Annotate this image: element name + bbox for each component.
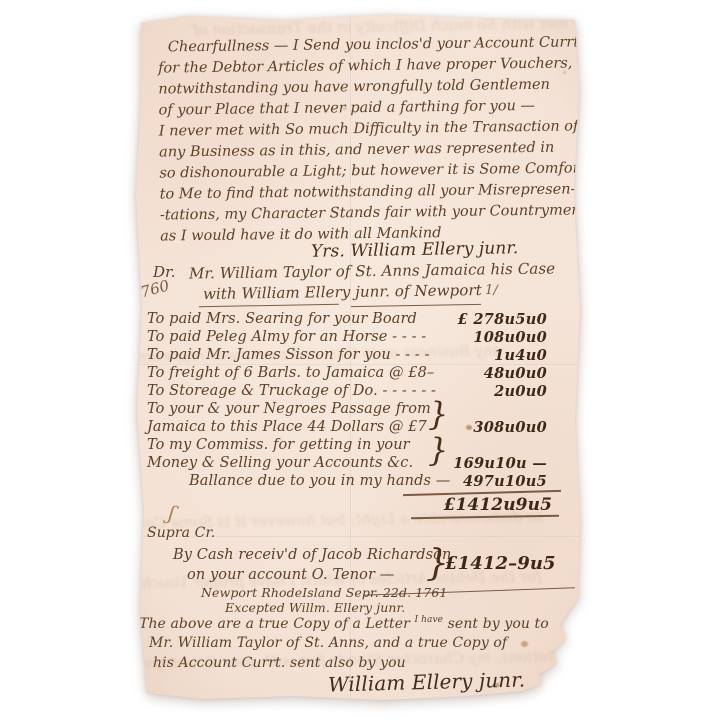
- foxing-spot: [521, 641, 528, 647]
- account-row: To paid Mr. James Sisson for you - - - -…: [147, 347, 571, 363]
- letter-signature: Yrs. William Ellery junr.: [311, 238, 519, 262]
- credit-heading: Supra Cr.: [147, 525, 215, 541]
- row-label: To Storeage & Truckage of Do. - - - - - …: [147, 383, 436, 399]
- row-label: Money & Selling your Accounts &c.: [147, 455, 413, 471]
- row-label: To my Commiss. for getting in your: [147, 437, 410, 453]
- credit-amount: £1412–9u5: [445, 553, 556, 574]
- row-amount: 108u0u0: [473, 329, 547, 346]
- row-label: Jamaica to this Place 44 Dollars @ £7: [147, 419, 427, 435]
- photo-background: I never met with So much Difficulty in t…: [0, 0, 720, 720]
- row-amount: 497u10u5: [463, 473, 547, 490]
- manuscript-paper-wrap: I never met with So much Difficulty in t…: [133, 11, 582, 708]
- account-header-line1: Mr. William Taylor of St. Anns Jamaica h…: [189, 259, 555, 282]
- place-date-line: Newport RhodeIsland Sepr. 22d. 1761: [201, 585, 447, 600]
- attestation-text: The above are a true Copy of a Letter: [139, 616, 415, 632]
- attestation-line1: The above are a true Copy of a Letter I …: [139, 615, 549, 632]
- inserted-word: I have: [415, 615, 444, 625]
- row-amount: 1u4u0: [494, 347, 547, 364]
- row-amount: 2u0u0: [494, 383, 547, 400]
- row-amount: £ 278u5u0: [458, 311, 547, 328]
- manuscript-paper: I never met with So much Difficulty in t…: [133, 11, 582, 708]
- grouping-brace: }: [428, 395, 448, 433]
- header-underline: [199, 304, 339, 307]
- row-label: To paid Peleg Almy for an Horse - - - -: [147, 329, 426, 345]
- letter-body: Chearfullness — I Send you inclos'd your…: [158, 32, 577, 247]
- header-folio-mark: 1/: [485, 283, 498, 298]
- credit-line1: By Cash receiv'd of Jacob Richardson: [173, 547, 451, 563]
- account-row: To Storeage & Truckage of Do. - - - - - …: [147, 383, 571, 399]
- account-row-balance: Ballance due to you in my hands — 497u10…: [147, 473, 571, 489]
- attestation-text: sent by you to: [443, 616, 549, 632]
- attestation-line3: his Account Currt. sent also by you: [153, 655, 406, 671]
- account-row: Money & Selling your Accounts &c. 169u10…: [147, 455, 571, 471]
- row-label: To your & your Negroes Passage from: [147, 401, 431, 417]
- final-signature: William Ellery junr.: [328, 667, 526, 696]
- account-header-line2: with William Ellery junr. of Newport: [203, 281, 482, 303]
- account-year: 1760: [129, 276, 171, 303]
- row-amount: 48u0u0: [484, 365, 547, 382]
- account-row: To paid Mrs. Searing for your Board £ 27…: [147, 311, 571, 327]
- account-row: To my Commiss. for getting in your: [147, 437, 571, 453]
- credit-line2: on your account O. Tenor —: [187, 567, 394, 583]
- account-row: To your & your Negroes Passage from: [147, 401, 571, 417]
- grouping-brace: }: [428, 431, 448, 469]
- attestation-line2: Mr. William Taylor of St. Anns, and a tr…: [149, 635, 507, 651]
- row-label: To freight of 6 Barls. to Jamaica @ £8–: [147, 365, 434, 381]
- account-row: To paid Peleg Almy for an Horse - - - - …: [147, 329, 571, 345]
- row-label: Ballance due to you in my hands —: [147, 473, 450, 489]
- row-amount: 308u0u0: [473, 419, 547, 436]
- excepted-line: Excepted Willm. Ellery junr.: [225, 600, 405, 615]
- account-row: Jamaica to this Place 44 Dollars @ £7 30…: [147, 419, 571, 435]
- account-total: £1412u9u5: [444, 495, 552, 515]
- row-label: To paid Mrs. Searing for your Board: [147, 311, 417, 327]
- row-amount: 169u10u —: [453, 455, 547, 472]
- account-row: To freight of 6 Barls. to Jamaica @ £8– …: [147, 365, 571, 381]
- row-label: To paid Mr. James Sisson for you - - - -: [147, 347, 430, 363]
- header-underline: [351, 304, 481, 307]
